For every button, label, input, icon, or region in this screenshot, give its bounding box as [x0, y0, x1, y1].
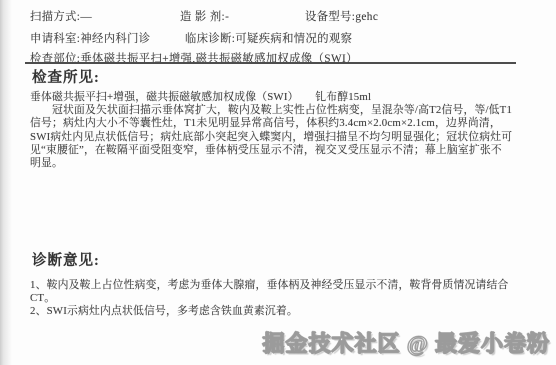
findings-paragraph: 垂体磁共振平扫+增强，磁共振磁敏感加权成像（SWI） 钆布醇15ml 冠状面及矢…	[30, 91, 522, 170]
header-field-request-dept: 申请科室:神经内科门诊	[30, 30, 151, 46]
header-field-clinical-diagnosis: 临床诊断:可疑疾病和情况的观察	[185, 30, 352, 46]
diagnosis-line: 2、SWI示病灶内点状低信号，多考虑含铁血黄素沉着。	[30, 305, 522, 318]
header-field-scan-method: 扫描方式:—	[30, 8, 92, 24]
findings-line: 明显。	[30, 157, 522, 170]
findings-line: 垂体磁共振平扫+增强，磁共振磁敏感加权成像（SWI） 钆布醇15ml	[30, 91, 522, 104]
header-field-device-model: 设备型号:gehc	[305, 8, 378, 24]
diagnosis-section-heading: 诊断意见:	[32, 249, 100, 270]
header-divider-rule	[25, 62, 516, 64]
scanned-report-page: 扫描方式:— 造 影 剂:- 设备型号:gehc 申请科室:神经内科门诊 临床诊…	[0, 0, 556, 365]
findings-line: 信号；病灶内大小不等囊性灶，T1未见明显异常高信号，体积约3.4cm×2.0cm…	[30, 117, 522, 130]
diagnosis-paragraph: 1、鞍内及鞍上占位性病变，考虑为垂体大腺瘤，垂体柄及神经受压显示不清，鞍背骨质情…	[30, 279, 522, 319]
findings-line: SWI病灶内见点状低信号；病灶底部小突起突入蝶窦内，增强扫描呈不均匀明显强化；冠…	[30, 131, 522, 144]
findings-line: 冠状面及矢状面扫描示垂体窝扩大，鞍内及鞍上实性占位性病变，呈混杂等/高T2信号，…	[30, 104, 522, 117]
diagnosis-line: 1、鞍内及鞍上占位性病变，考虑为垂体大腺瘤，垂体柄及神经受压显示不清，鞍背骨质情…	[30, 279, 522, 292]
header-field-contrast-agent: 造 影 剂:-	[180, 8, 229, 24]
scan-edge-shadow	[0, 0, 12, 365]
findings-section-heading: 检查所见:	[32, 66, 100, 87]
watermark-text: 掘金技术社区 @ 最爱小卷粉	[263, 327, 550, 358]
findings-line: 见“束腰征”，在鞍隔平面受阻变窄，垂体柄受压显示不清，视交叉受压显示不清；幕上脑…	[30, 144, 522, 157]
diagnosis-line: CT。	[30, 292, 522, 305]
